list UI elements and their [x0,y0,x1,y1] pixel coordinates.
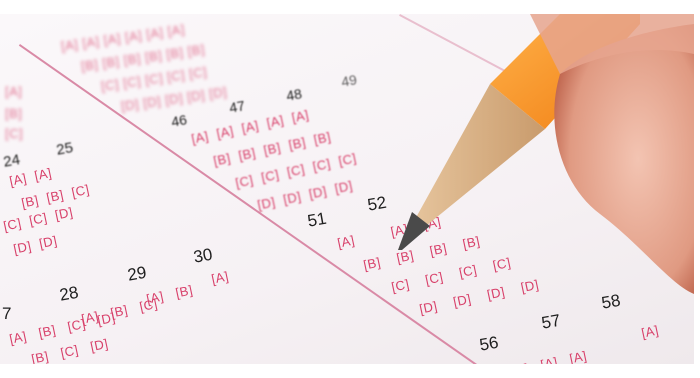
answer-sheet-photo: [A] [A] [A] [A] [A] [A] [B] [B] [B] [B] … [0,14,694,364]
pencil-icon [0,14,694,364]
